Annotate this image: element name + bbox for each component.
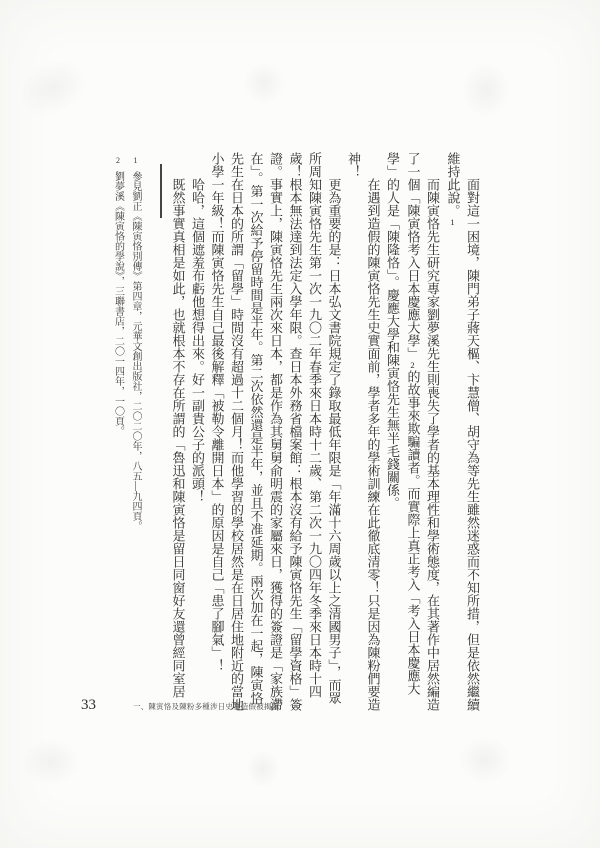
page-footer: 33 一、陳寅恪及陳粉多種涉日史實造假被揭露 bbox=[81, 697, 279, 714]
book-page: 面對這一困境，陳門弟子蔣天樞、卞慧僧、胡守為等先生雖然迷惑而不知所措，但是依然繼… bbox=[0, 0, 600, 848]
page-number: 33 bbox=[81, 697, 96, 714]
paragraph: 在遇到造假的陳寅恪先生史實面前，學者多年的學術訓練在此徹底清零！只是因為陳粉們要… bbox=[344, 152, 383, 712]
footnotes-block: 1參見劉正《陳寅恪別傳》第四章，元華文創出版社，二〇二〇年，八五—九四頁。2劉夢… bbox=[109, 156, 144, 656]
footnote-marker: 1 bbox=[131, 156, 140, 165]
scan-smudge bbox=[243, 62, 285, 104]
footnote-ref: 2 bbox=[408, 360, 418, 370]
paragraph: 更為重要的是：日本弘文書院規定了錄取最低年限是「年滿十六周歲以上之清國男子」，而… bbox=[207, 152, 344, 712]
running-title: 一、陳寅恪及陳粉多種涉日史實造假被揭露 bbox=[133, 701, 279, 712]
main-text-block: 面對這一困境，陳門弟子蔣天樞、卞慧僧、胡守為等先生雖然迷惑而不知所措，但是依然繼… bbox=[168, 152, 482, 712]
footnote-ref: 1 bbox=[448, 217, 458, 227]
paragraph: 而陳寅恪先生研究專家劉夢溪先生則喪失了學者的基本理性和學術態度，在其著作中居然編… bbox=[383, 152, 443, 712]
scan-smudge bbox=[22, 738, 80, 786]
footnote-item: 2劉夢溪《陳寅恪的學說》，三聯書店，二〇一四年，一〇頁。 bbox=[109, 156, 127, 656]
scan-smudge bbox=[10, 49, 96, 128]
scan-smudge bbox=[462, 62, 510, 118]
paragraph: 哈哈，這個遮羞布虧他想得出來。好一副貴公子的派頭！ bbox=[188, 152, 208, 712]
paragraph: 既然事實真相是如此，也就根本不存在所謂的「魯迅和陳寅恪是留日同窗好友還曾經同室居 bbox=[168, 152, 188, 712]
footnote-marker: 2 bbox=[114, 156, 123, 165]
paragraph: 面對這一困境，陳門弟子蔣天樞、卞慧僧、胡守為等先生雖然迷惑而不知所措，但是依然繼… bbox=[442, 152, 482, 712]
scan-smudge bbox=[458, 736, 512, 784]
scan-smudge bbox=[246, 750, 280, 788]
footnote-item: 1參見劉正《陳寅恪別傳》第四章，元華文創出版社，二〇二〇年，八五—九四頁。 bbox=[127, 156, 145, 656]
footnote-separator-line bbox=[160, 164, 162, 218]
